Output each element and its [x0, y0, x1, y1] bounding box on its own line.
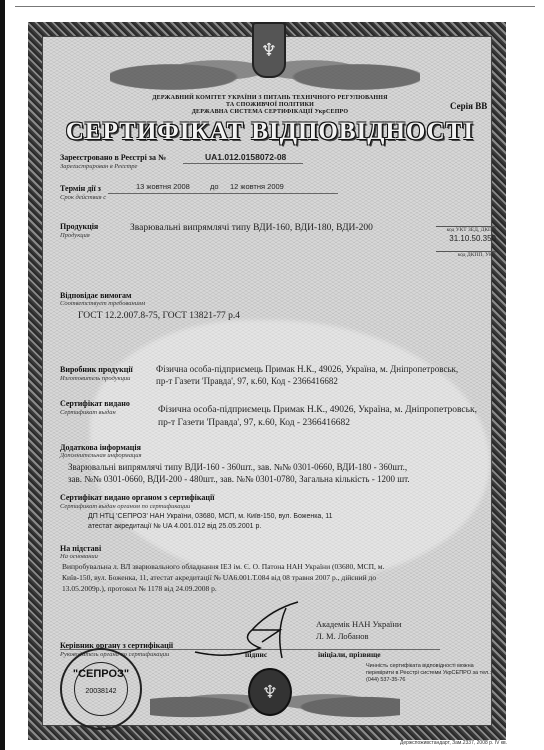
basis-label: На підставі [60, 544, 101, 553]
validity-from: 13 жовтня 2008 [136, 182, 190, 191]
basis-line-2: Київ-150, вул. Боженка, 11, атестат акре… [62, 573, 376, 582]
requirements-sublabel: Соответствует требованиям [60, 300, 145, 307]
validity-sublabel: Срок действия с [60, 194, 106, 201]
scan-edge [0, 0, 5, 750]
additional-info-sublabel: Дополнительная информация [60, 452, 141, 459]
product-label: Продукція [60, 222, 98, 231]
stamp-name: "СЕПРОЗ" [62, 668, 140, 680]
registration-sublabel: Зарегистрирован в Реестре [60, 163, 137, 170]
initials-caption: ініціали, прізвище [318, 650, 381, 659]
manufacturer-sublabel: Изготовитель продукции [60, 375, 130, 382]
certification-body-label: Сертифікат видано органом з сертифікації [60, 493, 214, 502]
requirements-label: Відповідає вимогам [60, 291, 131, 300]
coat-of-arms-icon: ♆ [252, 22, 286, 78]
certification-body-sublabel: Сертификат выдан органом по сертификации [60, 503, 190, 510]
scan-line [15, 6, 535, 7]
validity-label: Термін дії з [60, 184, 101, 193]
certificate-title: СЕРТИФІКАТ ВІДПОВІДНОСТІ [60, 118, 480, 146]
manufacturer-label: Виробник продукції [60, 365, 133, 374]
issuer-line-3: ДЕРЖАВНА СИСТЕМА СЕРТИФІКАЦІЇ УкрСЕПРО [130, 109, 410, 115]
additional-info-line-1: Зварювальні випрямлячі типу ВДИ-160 - 36… [68, 462, 407, 472]
basis-line-3: 13.05.2009р.), протокол № 1178 від 24.09… [62, 584, 217, 593]
registration-number: UA1.012.0158072-08 [205, 152, 286, 162]
issued-to-line-1: Фізична особа-підприємець Примак Н.К., 4… [158, 405, 477, 415]
additional-info-line-2: зав. №№ 0301-0660, ВДИ-200 - 480шт., зав… [68, 474, 410, 484]
signatory-name: Л. М. Лобанов [316, 631, 369, 641]
certification-body-line-2: атестат акредитації № UA 4.001.012 від 2… [88, 523, 261, 530]
printer-footer: Держспоживстандарт, Зам.2337, 2008 р. ІV… [400, 740, 507, 746]
official-stamp: "СЕПРОЗ" 20038142 [60, 648, 142, 730]
basis-line-1: Випробувальна л. ВЛ зварювального обладн… [62, 562, 384, 571]
additional-info-label: Додаткова інформація [60, 443, 141, 452]
signatory-title: Академік НАН України [316, 619, 401, 629]
issued-to-line-2: пр-т Газети 'Правда', 97, к.60, Код - 23… [158, 418, 350, 428]
product-code: 31.10.50.350 [436, 234, 496, 243]
stamp-code: 20038142 [62, 688, 140, 695]
signature-mark [190, 600, 300, 660]
series-label: Серія ВВ [450, 101, 487, 111]
requirements-value: ГОСТ 12.2.007.8-75, ГОСТ 13821-77 р.4 [78, 311, 240, 321]
validity-to: 12 жовтня 2009 [230, 182, 284, 191]
product-code-label-bottom: код ДКПП, УКТ [436, 251, 496, 258]
issuer-line-1: ДЕРЖАВНИЙ КОМІТЕТ УКРАЇНИ З ПИТАНЬ ТЕХНІ… [130, 95, 410, 101]
product-value: Зварювальні випрямлячі типу ВДИ-160, ВДИ… [130, 223, 373, 233]
validity-to-word: до [210, 182, 219, 191]
issuer-line-2: ТА СПОЖИВЧОЇ ПОЛІТИКИ [130, 102, 410, 108]
issued-to-sublabel: Сертификат выдан [60, 409, 116, 416]
manufacturer-line-2: пр-т Газети 'Правда', 97, к.60, Код - 23… [156, 376, 338, 386]
product-code-label-top: код УКТ ЗЕД, ДКПП [436, 226, 496, 233]
registration-label: Зареєстровано в Реєстрі за № [60, 153, 166, 162]
product-sublabel: Продукция [60, 232, 90, 239]
basis-sublabel: На основании [60, 553, 98, 560]
certification-body-line-1: ДП НТЦ 'СЕПРОЗ' НАН України, 03680, МСП,… [88, 513, 332, 520]
verification-notice: Чинність сертифіката відповідності можна… [366, 663, 496, 684]
manufacturer-line-1: Фізична особа-підприємець Примак Н.К., 4… [156, 364, 458, 374]
issued-to-label: Сертифікат видано [60, 399, 130, 408]
bottom-coat-of-arms-icon: ♆ [248, 668, 292, 716]
